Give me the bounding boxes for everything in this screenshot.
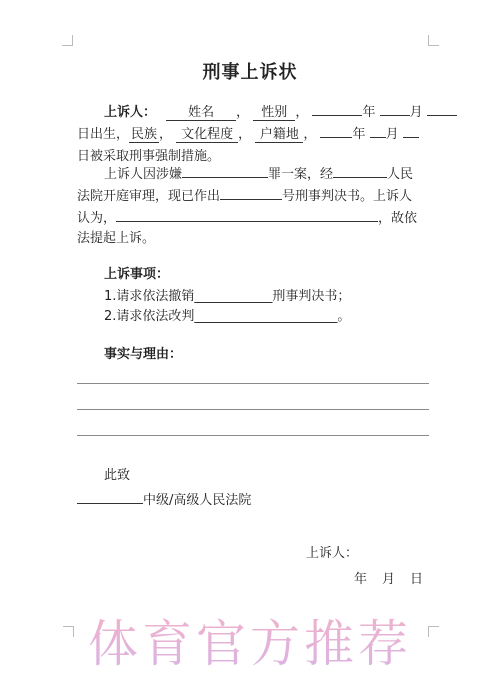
signature-label: 上诉人： — [306, 545, 358, 563]
case-line-2: 法院开庭审理，现已作出号刑事判决书。上诉人 — [77, 188, 412, 206]
birth-year-field[interactable] — [312, 115, 362, 116]
change-judgment-field[interactable]: ______________________ — [194, 309, 337, 324]
gender-field[interactable]: 性别 — [253, 105, 295, 121]
detain-day-field[interactable] — [403, 137, 419, 138]
case-line-3: 认为，，故依 — [77, 210, 417, 228]
facts-line[interactable] — [77, 383, 429, 384]
signature-date: 年 月 日 — [354, 571, 424, 589]
appellant-line-1: 上诉人： 姓名， 性别， 年 月 — [104, 104, 457, 122]
appellant-label: 上诉人： — [104, 105, 156, 120]
page-corner-mark — [63, 626, 74, 637]
facts-line[interactable] — [77, 435, 429, 436]
addressee-line: 中级/高级人民法院 — [77, 492, 251, 510]
revoke-judgment-field[interactable]: ____________ — [194, 289, 272, 304]
claims-heading: 上诉事项： — [104, 266, 169, 284]
page-corner-mark — [62, 35, 73, 46]
charge-field[interactable] — [182, 177, 268, 178]
claim-item-1: 1.请求依法撤销____________刑事判决书； — [104, 288, 350, 306]
case-line-1: 上诉人因涉嫌罪一案，经人民 — [104, 166, 413, 184]
appellant-line-3: 日被采取刑事强制措施。 — [77, 148, 220, 166]
birth-month-field[interactable] — [380, 115, 410, 116]
appellant-line-2: 日出生，民族， 文化程度， 户籍地， 年 月 — [77, 126, 419, 144]
page-corner-mark — [428, 35, 439, 46]
document-title: 刑事上诉状 — [0, 58, 500, 84]
watermark-text: 体育官方推荐 — [88, 604, 412, 674]
appellant-opinion-field[interactable] — [116, 221, 378, 222]
facts-heading: 事实与理由： — [104, 346, 182, 364]
judgment-number-field[interactable] — [220, 199, 282, 200]
detain-year-field[interactable] — [320, 137, 352, 138]
hukou-field[interactable]: 户籍地 — [255, 127, 303, 143]
case-line-4: 法提起上诉。 — [77, 230, 155, 248]
ethnicity-field[interactable]: 民族 — [129, 127, 159, 143]
salutation: 此致 — [104, 467, 130, 485]
facts-line[interactable] — [77, 409, 429, 410]
detain-month-field[interactable] — [370, 137, 386, 138]
education-field[interactable]: 文化程度 — [176, 127, 238, 143]
name-field[interactable]: 姓名 — [166, 105, 236, 121]
page-corner-mark — [428, 626, 439, 637]
court-name-field[interactable] — [77, 503, 143, 504]
court-field[interactable] — [333, 177, 387, 178]
claim-item-2: 2.请求依法改判______________________。 — [104, 308, 350, 326]
birth-day-field[interactable] — [427, 115, 457, 116]
